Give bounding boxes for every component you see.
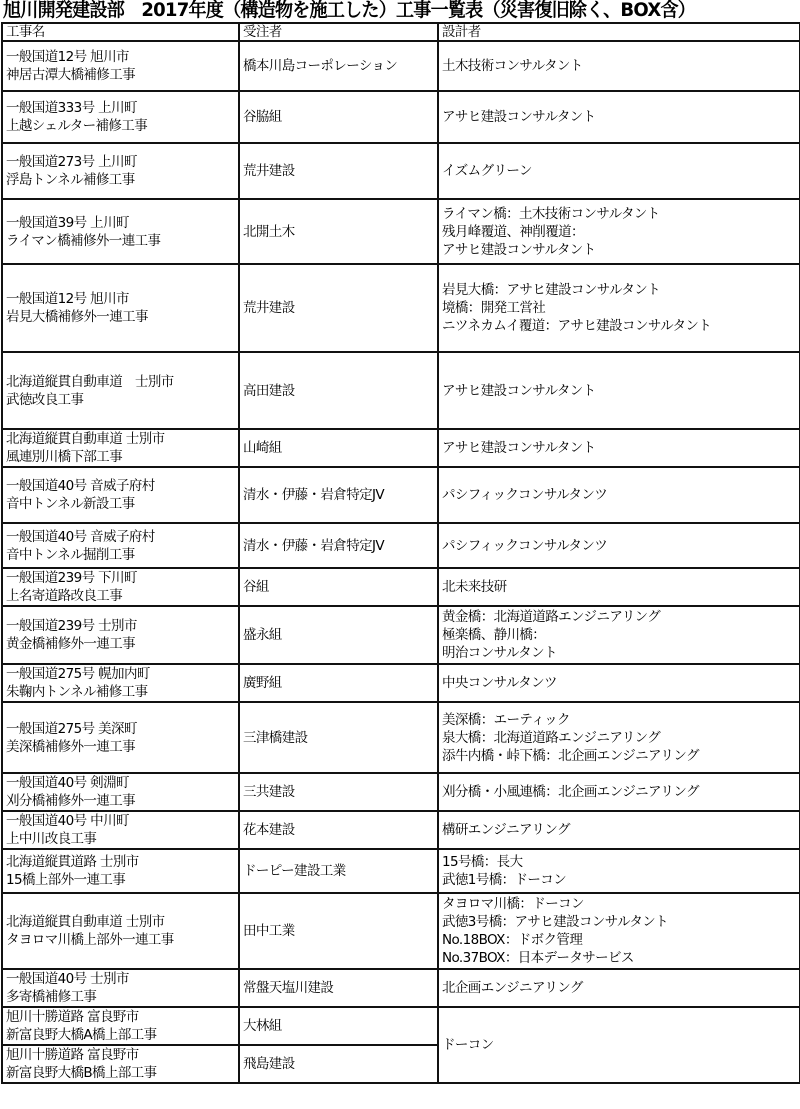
designer-cell-line: 極楽橋、静川橋： bbox=[442, 626, 796, 644]
contractor-cell: 飛島建設 bbox=[239, 1045, 438, 1083]
work-name-cell-line: 一般国道239号 士別市 bbox=[6, 617, 235, 635]
contractor-cell: 高田建設 bbox=[239, 352, 438, 429]
work-name-cell: 一般国道333号 上川町上越シェルター補修工事 bbox=[2, 91, 239, 143]
work-name-cell-line: 一般国道275号 美深町 bbox=[6, 720, 235, 738]
designer-cell-line: 境橋：開発工営社 bbox=[442, 299, 796, 317]
work-name-cell-line: 北海道縦貫自動車道 士別市 bbox=[6, 430, 235, 448]
work-name-cell-line: 風連別川橋下部工事 bbox=[6, 448, 235, 466]
contractor-cell-line: 花本建設 bbox=[243, 821, 434, 839]
contractor-cell-line: 盛永組 bbox=[243, 626, 434, 644]
designer-cell: 刈分橋・小風連橋：北企画エンジニアリング bbox=[438, 773, 800, 811]
work-name-cell-line: 上中川改良工事 bbox=[6, 830, 235, 848]
work-name-cell-line: 北海道縦貫自動車道 士別市 bbox=[6, 373, 235, 391]
work-name-cell: 一般国道40号 音威子府村音中トンネル新設工事 bbox=[2, 467, 239, 523]
designer-cell-line: ドーコン bbox=[442, 1036, 796, 1054]
work-name-cell-line: 一般国道40号 音威子府村 bbox=[6, 528, 235, 546]
table-row: 一般国道40号 剣淵町刈分橋補修外一連工事三共建設刈分橋・小風連橋：北企画エンジ… bbox=[2, 773, 800, 811]
work-name-cell-line: 旭川十勝道路 富良野市 bbox=[6, 1046, 235, 1064]
designer-cell-line: 北未来技研 bbox=[442, 578, 796, 596]
work-name-cell-line: 一般国道40号 音威子府村 bbox=[6, 477, 235, 495]
work-name-cell-line: 音中トンネル新設工事 bbox=[6, 495, 235, 513]
contractor-cell-line: 谷脇組 bbox=[243, 108, 434, 126]
work-name-cell: 旭川十勝道路 富良野市新富良野大橋B橋上部工事 bbox=[2, 1045, 239, 1083]
contractor-cell-line: 橋本川島コーポレーション bbox=[243, 57, 434, 75]
designer-cell: 構研エンジニアリング bbox=[438, 811, 800, 849]
work-name-cell: 一般国道40号 音威子府村音中トンネル掘削工事 bbox=[2, 523, 239, 568]
contractor-cell: 谷組 bbox=[239, 568, 438, 606]
designer-cell-line: アサヒ建設コンサルタント bbox=[442, 241, 796, 259]
contractor-cell: 北開土木 bbox=[239, 199, 438, 264]
table-row: 北海道縦貫自動車道 士別市武徳改良工事高田建設アサヒ建設コンサルタント bbox=[2, 352, 800, 429]
work-name-cell-line: 一般国道275号 幌加内町 bbox=[6, 665, 235, 683]
contractor-cell-line: 谷組 bbox=[243, 578, 434, 596]
contractor-cell-line: 飛島建設 bbox=[243, 1055, 434, 1073]
designer-cell-line: アサヒ建設コンサルタント bbox=[442, 439, 796, 457]
designer-cell: 土木技術コンサルタント bbox=[438, 41, 800, 91]
contractor-cell-line: 北開土木 bbox=[243, 223, 434, 241]
work-name-cell-line: 一般国道40号 剣淵町 bbox=[6, 774, 235, 792]
work-name-cell-line: 上名寄道路改良工事 bbox=[6, 587, 235, 605]
designer-cell-line: 美深橋：エーティック bbox=[442, 711, 796, 729]
work-name-cell: 一般国道275号 幌加内町朱鞠内トンネル補修工事 bbox=[2, 664, 239, 702]
work-name-cell: 北海道縦貫道路 士別市15橋上部外一連工事 bbox=[2, 849, 239, 893]
designer-cell-line: 泉大橋：北海道道路エンジニアリング bbox=[442, 729, 796, 747]
table-row: 一般国道40号 中川町上中川改良工事花本建設構研エンジニアリング bbox=[2, 811, 800, 849]
work-name-cell: 北海道縦貫自動車道 士別市タヨロマ川橋上部外一連工事 bbox=[2, 893, 239, 969]
contractor-cell: 大林組 bbox=[239, 1007, 438, 1045]
header-designer: 設計者 bbox=[438, 23, 800, 41]
designer-cell-line: イズムグリーン bbox=[442, 162, 796, 180]
work-name-cell-line: 北海道縦貫道路 士別市 bbox=[6, 853, 235, 871]
designer-cell-line: 武徳3号橋：アサヒ建設コンサルタント bbox=[442, 913, 796, 931]
work-name-cell-line: 一般国道12号 旭川市 bbox=[6, 48, 235, 66]
work-name-cell: 一般国道40号 士別市多寄橋補修工事 bbox=[2, 969, 239, 1007]
work-name-cell: 一般国道39号 上川町ライマン橋補修外一連工事 bbox=[2, 199, 239, 264]
contractor-cell: 橋本川島コーポレーション bbox=[239, 41, 438, 91]
table-row: 北海道縦貫道路 士別市15橋上部外一連工事ドーピー建設工業15号橋：長大武徳1号… bbox=[2, 849, 800, 893]
contractor-cell: 清水・伊藤・岩倉特定JV bbox=[239, 523, 438, 568]
work-name-cell-line: 朱鞠内トンネル補修工事 bbox=[6, 683, 235, 701]
table-row: 北海道縦貫自動車道 士別市タヨロマ川橋上部外一連工事田中工業タヨロマ川橋：ドーコ… bbox=[2, 893, 800, 969]
designer-cell-line: 北企画エンジニアリング bbox=[442, 979, 796, 997]
work-name-cell: 一般国道40号 中川町上中川改良工事 bbox=[2, 811, 239, 849]
work-name-cell: 北海道縦貫自動車道 士別市武徳改良工事 bbox=[2, 352, 239, 429]
contractor-cell-line: 大林組 bbox=[243, 1017, 434, 1035]
designer-cell-line: パシフィックコンサルタンツ bbox=[442, 537, 796, 555]
contractor-cell-line: 常盤天塩川建設 bbox=[243, 979, 434, 997]
work-name-cell-line: 多寄橋補修工事 bbox=[6, 988, 235, 1006]
contractor-cell-line: 荒井建設 bbox=[243, 299, 434, 317]
work-name-cell: 一般国道40号 剣淵町刈分橋補修外一連工事 bbox=[2, 773, 239, 811]
work-name-cell-line: 音中トンネル掘削工事 bbox=[6, 546, 235, 564]
work-name-cell-line: 旭川十勝道路 富良野市 bbox=[6, 1008, 235, 1026]
table-row: 一般国道239号 下川町上名寄道路改良工事谷組北未来技研 bbox=[2, 568, 800, 606]
table-row: 一般国道273号 上川町浮島トンネル補修工事荒井建設イズムグリーン bbox=[2, 143, 800, 199]
work-name-cell-line: 一般国道239号 下川町 bbox=[6, 569, 235, 587]
table-row: 一般国道333号 上川町上越シェルター補修工事谷脇組アサヒ建設コンサルタント bbox=[2, 91, 800, 143]
work-name-cell-line: ライマン橋補修外一連工事 bbox=[6, 232, 235, 250]
table-row: 一般国道275号 幌加内町朱鞠内トンネル補修工事廣野組中央コンサルタンツ bbox=[2, 664, 800, 702]
work-name-cell-line: 浮島トンネル補修工事 bbox=[6, 171, 235, 189]
table-row: 一般国道40号 音威子府村音中トンネル掘削工事清水・伊藤・岩倉特定JVパシフィッ… bbox=[2, 523, 800, 568]
work-name-cell-line: 上越シェルター補修工事 bbox=[6, 117, 235, 135]
contractor-cell: 三共建設 bbox=[239, 773, 438, 811]
designer-cell-line: 構研エンジニアリング bbox=[442, 821, 796, 839]
designer-cell-line: 刈分橋・小風連橋：北企画エンジニアリング bbox=[442, 783, 796, 801]
contractor-cell: 谷脇組 bbox=[239, 91, 438, 143]
work-name-cell-line: 一般国道39号 上川町 bbox=[6, 214, 235, 232]
work-name-cell-line: 新富良野大橋A橋上部工事 bbox=[6, 1026, 235, 1044]
designer-cell-line: パシフィックコンサルタンツ bbox=[442, 486, 796, 504]
work-name-cell-line: 一般国道40号 士別市 bbox=[6, 970, 235, 988]
designer-cell: パシフィックコンサルタンツ bbox=[438, 523, 800, 568]
contractor-cell: 常盤天塩川建設 bbox=[239, 969, 438, 1007]
work-name-cell-line: 一般国道40号 中川町 bbox=[6, 812, 235, 830]
contractor-cell-line: 三津橋建設 bbox=[243, 729, 434, 747]
contractor-cell-line: 荒井建設 bbox=[243, 162, 434, 180]
contractor-cell: ドーピー建設工業 bbox=[239, 849, 438, 893]
work-name-cell: 一般国道275号 美深町美深橋補修外一連工事 bbox=[2, 702, 239, 773]
designer-cell: ドーコン bbox=[438, 1007, 800, 1083]
header-work-name: 工事名 bbox=[2, 23, 239, 41]
designer-cell: 美深橋：エーティック泉大橋：北海道道路エンジニアリング添牛内橋・峠下橋：北企画エ… bbox=[438, 702, 800, 773]
table-body: 一般国道12号 旭川市神居古潭大橋補修工事橋本川島コーポレーション土木技術コンサ… bbox=[2, 41, 800, 1083]
contractor-cell: 花本建設 bbox=[239, 811, 438, 849]
work-name-cell-line: 一般国道333号 上川町 bbox=[6, 99, 235, 117]
contractor-cell: 清水・伊藤・岩倉特定JV bbox=[239, 467, 438, 523]
work-name-cell: 北海道縦貫自動車道 士別市風連別川橋下部工事 bbox=[2, 429, 239, 467]
designer-cell-line: 中央コンサルタンツ bbox=[442, 674, 796, 692]
designer-cell-line: 武徳1号橋：ドーコン bbox=[442, 871, 796, 889]
designer-cell: ライマン橋：土木技術コンサルタント残月峰覆道、神削覆道：アサヒ建設コンサルタント bbox=[438, 199, 800, 264]
contractor-cell: 三津橋建設 bbox=[239, 702, 438, 773]
work-name-cell-line: 新富良野大橋B橋上部工事 bbox=[6, 1064, 235, 1082]
contractor-cell-line: 高田建設 bbox=[243, 382, 434, 400]
table-row: 一般国道275号 美深町美深橋補修外一連工事三津橋建設美深橋：エーティック泉大橋… bbox=[2, 702, 800, 773]
contractor-cell-line: 清水・伊藤・岩倉特定JV bbox=[243, 537, 434, 555]
designer-cell: アサヒ建設コンサルタント bbox=[438, 429, 800, 467]
work-name-cell-line: 北海道縦貫自動車道 士別市 bbox=[6, 913, 235, 931]
contractor-cell: 山崎組 bbox=[239, 429, 438, 467]
contractor-cell: 荒井建設 bbox=[239, 143, 438, 199]
designer-cell: 岩見大橋：アサヒ建設コンサルタント境橋：開発工営社ニツネカムイ覆道：アサヒ建設コ… bbox=[438, 264, 800, 352]
work-name-cell-line: 神居古潭大橋補修工事 bbox=[6, 66, 235, 84]
work-name-cell-line: タヨロマ川橋上部外一連工事 bbox=[6, 931, 235, 949]
designer-cell-line: 残月峰覆道、神削覆道： bbox=[442, 223, 796, 241]
designer-cell-line: ライマン橋：土木技術コンサルタント bbox=[442, 205, 796, 223]
designer-cell-line: 黄金橋：北海道道路エンジニアリング bbox=[442, 608, 796, 626]
designer-cell: 15号橋：長大武徳1号橋：ドーコン bbox=[438, 849, 800, 893]
contractor-cell-line: 三共建設 bbox=[243, 783, 434, 801]
work-name-cell-line: 一般国道273号 上川町 bbox=[6, 153, 235, 171]
work-name-cell: 一般国道12号 旭川市神居古潭大橋補修工事 bbox=[2, 41, 239, 91]
designer-cell: 黄金橋：北海道道路エンジニアリング極楽橋、静川橋：明治コンサルタント bbox=[438, 606, 800, 664]
work-name-cell-line: 刈分橋補修外一連工事 bbox=[6, 792, 235, 810]
contractor-cell: 盛永組 bbox=[239, 606, 438, 664]
contractor-cell: 廣野組 bbox=[239, 664, 438, 702]
work-name-cell: 一般国道12号 旭川市岩見大橋補修外一連工事 bbox=[2, 264, 239, 352]
contractor-cell-line: ドーピー建設工業 bbox=[243, 862, 434, 880]
work-name-cell: 一般国道239号 下川町上名寄道路改良工事 bbox=[2, 568, 239, 606]
designer-cell: イズムグリーン bbox=[438, 143, 800, 199]
table-row: 一般国道12号 旭川市神居古潭大橋補修工事橋本川島コーポレーション土木技術コンサ… bbox=[2, 41, 800, 91]
designer-cell-line: No.18BOX：ドボク管理 bbox=[442, 931, 796, 949]
header-contractor: 受注者 bbox=[239, 23, 438, 41]
work-name-cell-line: 黄金橋補修外一連工事 bbox=[6, 635, 235, 653]
designer-cell-line: 15号橋：長大 bbox=[442, 853, 796, 871]
designer-cell-line: タヨロマ川橋：ドーコン bbox=[442, 895, 796, 913]
table-row: 一般国道239号 士別市黄金橋補修外一連工事盛永組黄金橋：北海道道路エンジニアリ… bbox=[2, 606, 800, 664]
work-name-cell: 一般国道239号 士別市黄金橋補修外一連工事 bbox=[2, 606, 239, 664]
designer-cell-line: 土木技術コンサルタント bbox=[442, 57, 796, 75]
designer-cell: 北未来技研 bbox=[438, 568, 800, 606]
designer-cell: アサヒ建設コンサルタント bbox=[438, 352, 800, 429]
document-title: 旭川開発建設部 2017年度（構造物を施工した）工事一覧表（災害復旧除く、BOX… bbox=[3, 0, 695, 22]
designer-cell: 中央コンサルタンツ bbox=[438, 664, 800, 702]
designer-cell-line: アサヒ建設コンサルタント bbox=[442, 382, 796, 400]
contractor-cell-line: 山崎組 bbox=[243, 439, 434, 457]
designer-cell-line: 岩見大橋：アサヒ建設コンサルタント bbox=[442, 281, 796, 299]
designer-cell: 北企画エンジニアリング bbox=[438, 969, 800, 1007]
work-name-cell-line: 武徳改良工事 bbox=[6, 391, 235, 409]
table-row: 旭川十勝道路 富良野市新富良野大橋A橋上部工事大林組ドーコン bbox=[2, 1007, 800, 1045]
contractor-cell: 田中工業 bbox=[239, 893, 438, 969]
contractor-cell-line: 清水・伊藤・岩倉特定JV bbox=[243, 486, 434, 504]
work-name-cell-line: 岩見大橋補修外一連工事 bbox=[6, 308, 235, 326]
header-row: 工事名 受注者 設計者 bbox=[2, 23, 800, 41]
designer-cell: パシフィックコンサルタンツ bbox=[438, 467, 800, 523]
table-row: 一般国道40号 士別市多寄橋補修工事常盤天塩川建設北企画エンジニアリング bbox=[2, 969, 800, 1007]
contractor-cell-line: 田中工業 bbox=[243, 922, 434, 940]
designer-cell-line: 明治コンサルタント bbox=[442, 644, 796, 662]
designer-cell-line: No.37BOX：日本データサービス bbox=[442, 949, 796, 967]
designer-cell-line: アサヒ建設コンサルタント bbox=[442, 108, 796, 126]
contractor-cell-line: 廣野組 bbox=[243, 674, 434, 692]
table-row: 一般国道12号 旭川市岩見大橋補修外一連工事荒井建設岩見大橋：アサヒ建設コンサル… bbox=[2, 264, 800, 352]
designer-cell: アサヒ建設コンサルタント bbox=[438, 91, 800, 143]
designer-cell-line: 添牛内橋・峠下橋：北企画エンジニアリング bbox=[442, 747, 796, 765]
works-table: 工事名 受注者 設計者 一般国道12号 旭川市神居古潭大橋補修工事橋本川島コーポ… bbox=[1, 22, 800, 1084]
table-row: 一般国道39号 上川町ライマン橋補修外一連工事北開土木ライマン橋：土木技術コンサ… bbox=[2, 199, 800, 264]
work-name-cell: 旭川十勝道路 富良野市新富良野大橋A橋上部工事 bbox=[2, 1007, 239, 1045]
designer-cell-line: ニツネカムイ覆道：アサヒ建設コンサルタント bbox=[442, 317, 796, 335]
designer-cell: タヨロマ川橋：ドーコン武徳3号橋：アサヒ建設コンサルタントNo.18BOX：ドボ… bbox=[438, 893, 800, 969]
table-row: 一般国道40号 音威子府村音中トンネル新設工事清水・伊藤・岩倉特定JVパシフィッ… bbox=[2, 467, 800, 523]
table-row: 北海道縦貫自動車道 士別市風連別川橋下部工事山崎組アサヒ建設コンサルタント bbox=[2, 429, 800, 467]
work-name-cell-line: 15橋上部外一連工事 bbox=[6, 871, 235, 889]
contractor-cell: 荒井建設 bbox=[239, 264, 438, 352]
work-name-cell: 一般国道273号 上川町浮島トンネル補修工事 bbox=[2, 143, 239, 199]
work-name-cell-line: 美深橋補修外一連工事 bbox=[6, 738, 235, 756]
work-name-cell-line: 一般国道12号 旭川市 bbox=[6, 290, 235, 308]
